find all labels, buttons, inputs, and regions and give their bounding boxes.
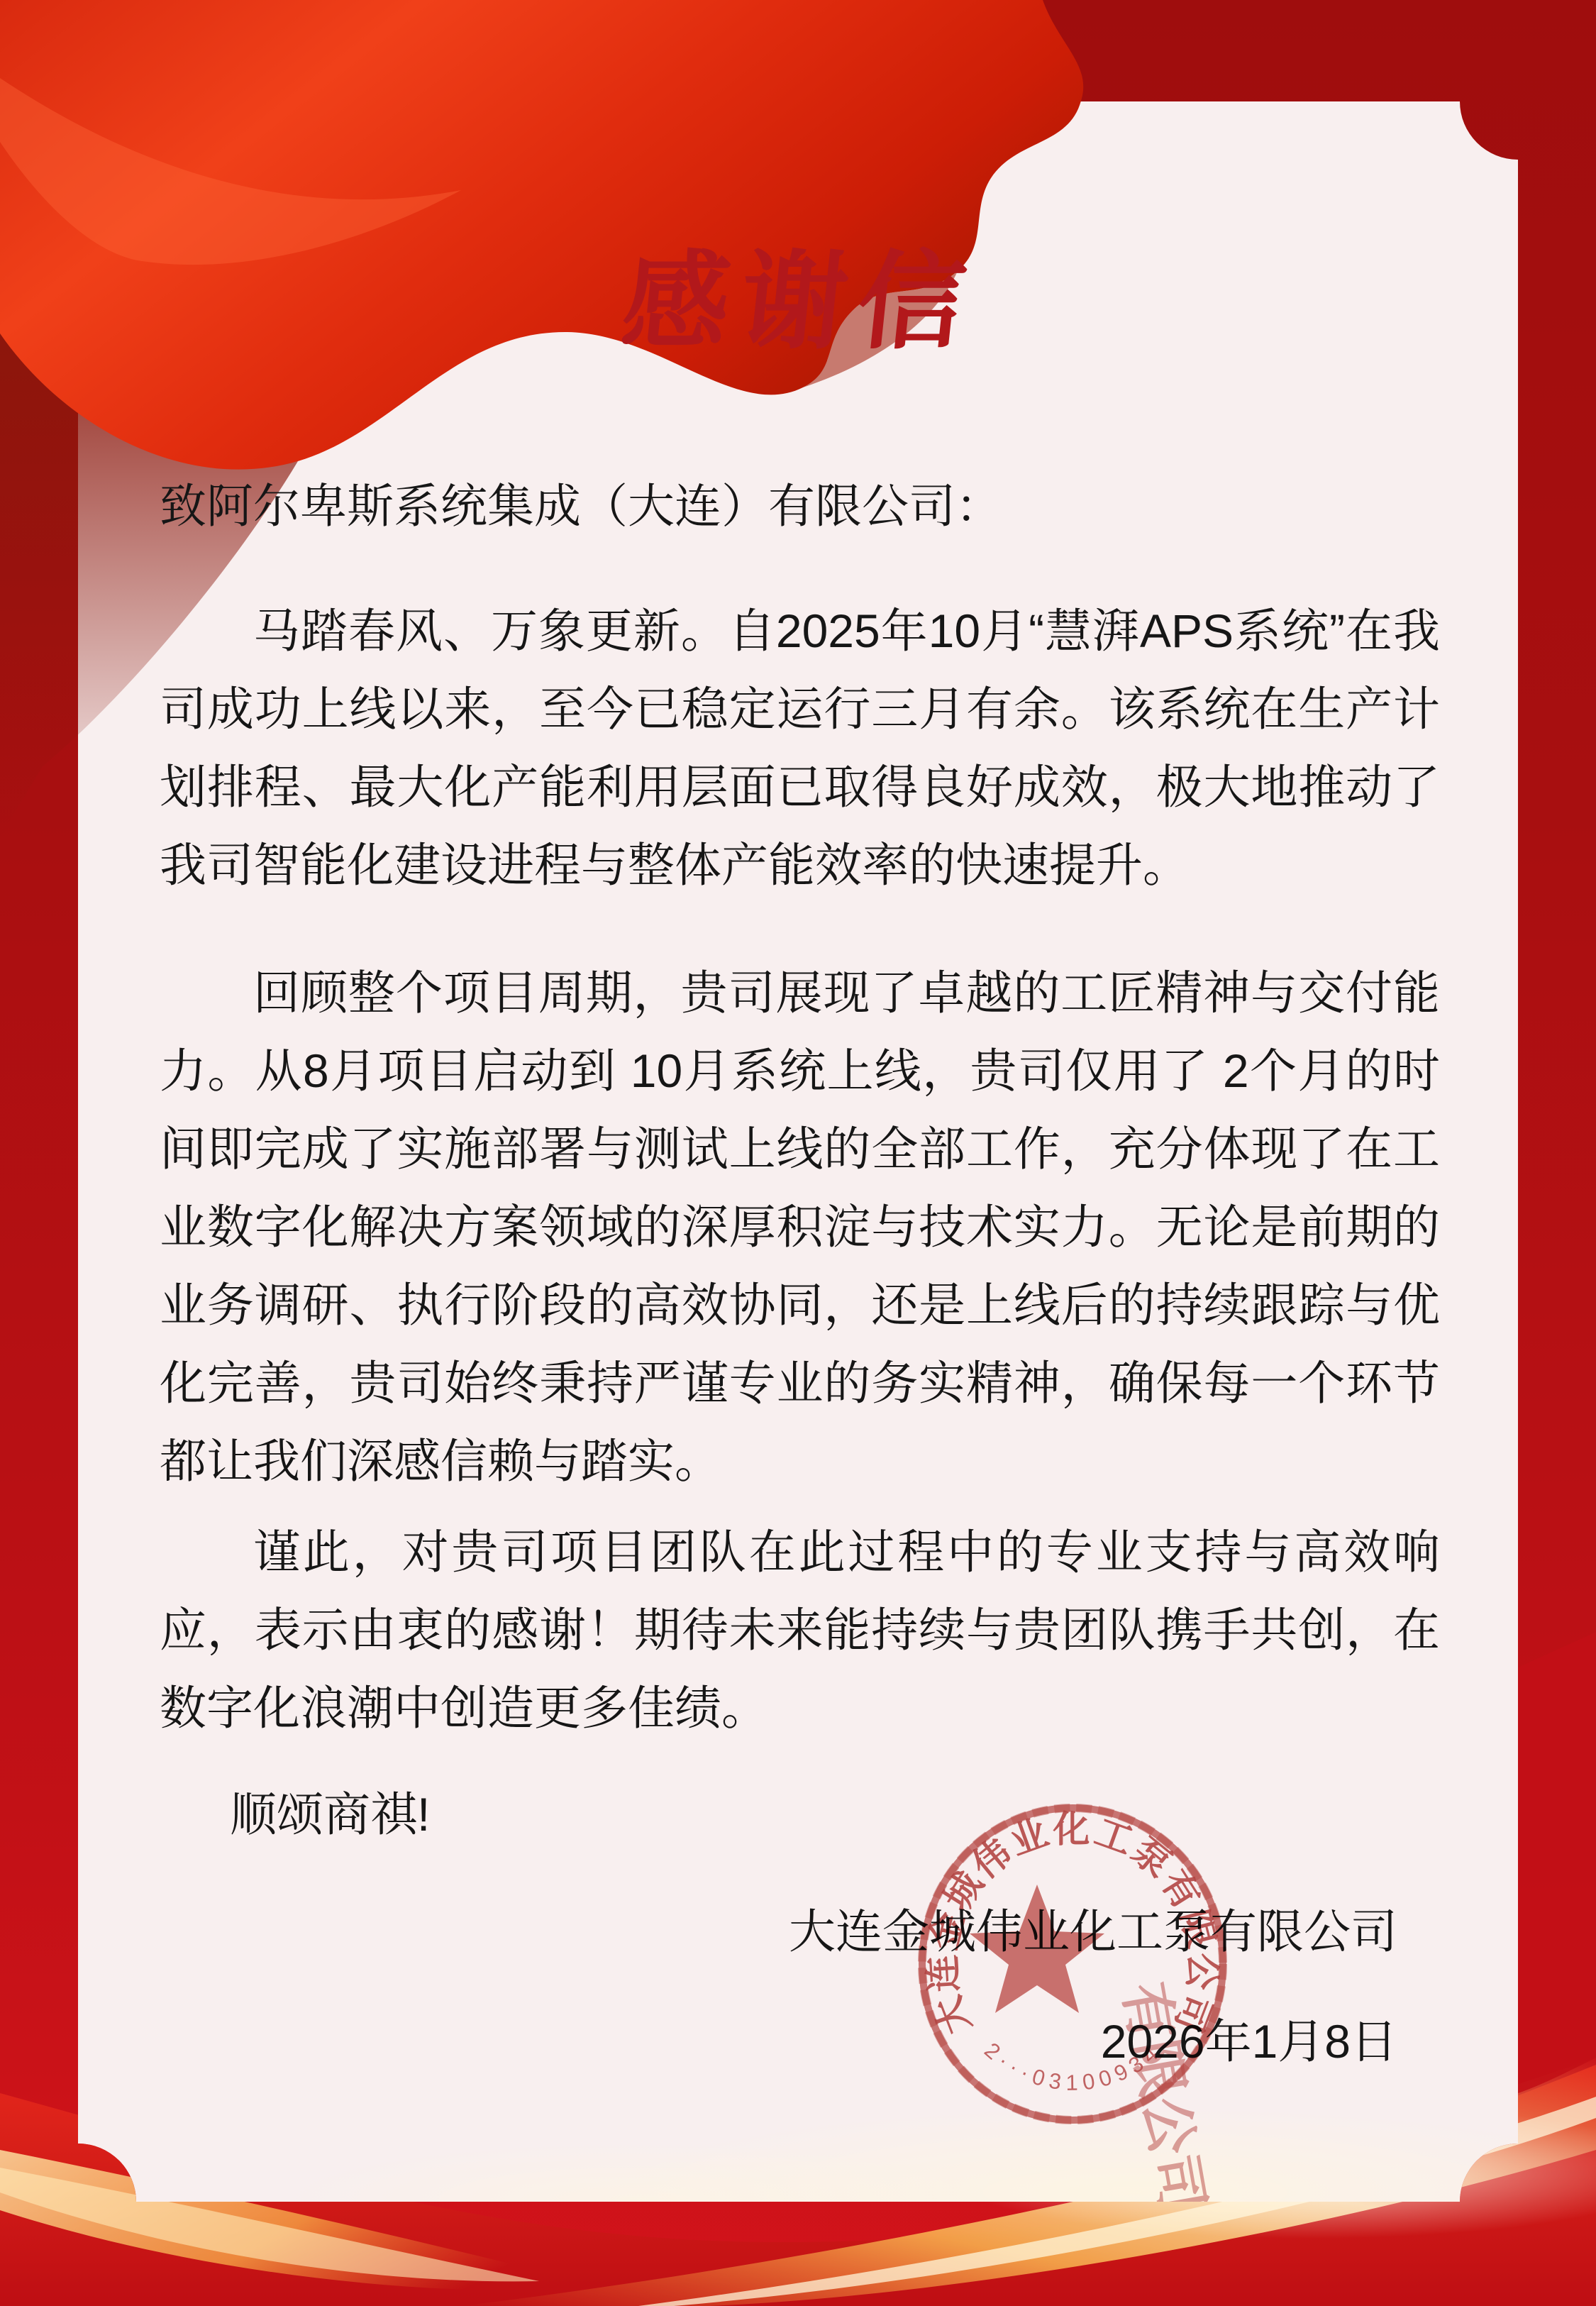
letter-title: 感谢信 bbox=[153, 243, 1446, 360]
signature-company: 大连金城伟业化工泵有限公司 bbox=[160, 1892, 1397, 1970]
paragraph-3: 谨此，对贵司项目团队在此过程中的专业支持与高效响应，表示由衷的感谢！期待未来能持… bbox=[160, 1513, 1440, 1747]
closing-phrase: 顺颂商祺! bbox=[160, 1775, 1440, 1853]
letter-panel: 感谢信 致阿尔卑斯系统集成（大连）有限公司： 马踏春风、万象更新。自2025年1… bbox=[78, 101, 1518, 2202]
salutation-line: 致阿尔卑斯系统集成（大连）有限公司： bbox=[160, 467, 1440, 545]
signature-block: 大连金城伟业化工泵有限公司 2026年1月8日 bbox=[160, 1892, 1440, 2080]
signature-date: 2026年1月8日 bbox=[160, 2002, 1397, 2080]
paragraph-1: 马踏春风、万象更新。自2025年10月“慧湃APS系统”在我司成功上线以来，至今… bbox=[160, 592, 1440, 904]
paragraph-2: 回顾整个项目周期，贵司展现了卓越的工匠精神与交付能力。从8月项目启动到 10月系… bbox=[160, 954, 1440, 1500]
thank-you-letter-page: { "letter": { "title": "感谢信", "salutatio… bbox=[0, 0, 1596, 2306]
